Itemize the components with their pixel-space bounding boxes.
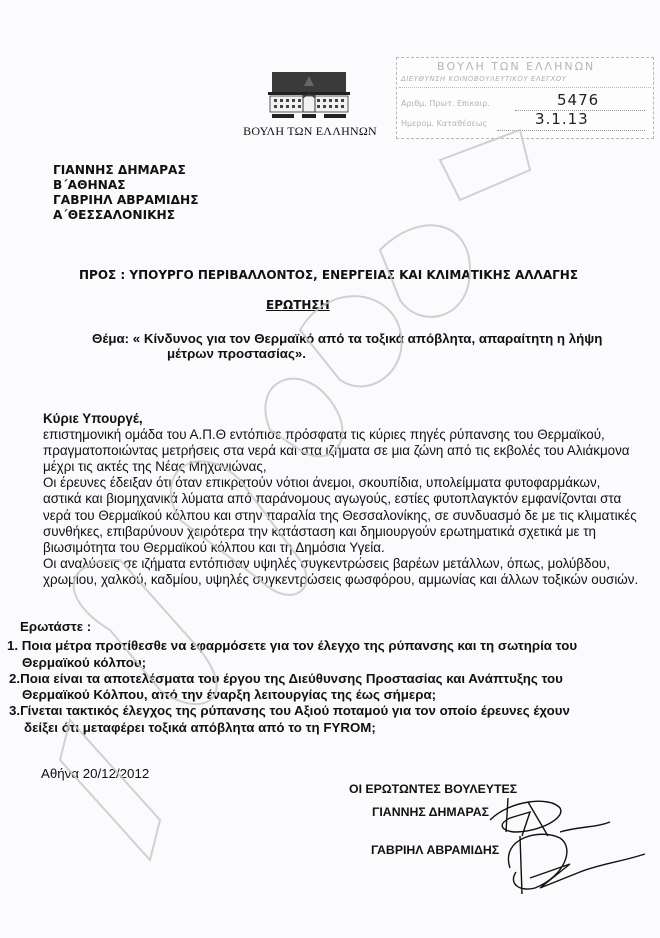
document-type-heading: ΕΡΩΤΗΣΗ xyxy=(266,298,330,312)
body-text: Κύριε Υπουργέ, επιστημονική ομάδα του Α.… xyxy=(43,411,643,588)
logo-caption: ΒΟΥΛΗ ΤΩΝ ΕΛΛΗΝΩΝ xyxy=(243,124,377,139)
question-3-line-2: δείξει ότι μεταφέρει τοξικά απόβλητα από… xyxy=(7,720,577,736)
body-line: χρωμίου, χαλκού, καδμίου, υψηλές συγκεντ… xyxy=(43,572,643,588)
questions-block: Ερωτάστε : 1. Ποια μέτρα προτίθεσθε να ε… xyxy=(7,619,577,736)
stamp-date-value: 3.1.13 xyxy=(535,110,589,128)
stamp-date-label: Ημερομ. Καταθέσεως xyxy=(401,119,487,128)
document-date: Αθήνα 20/12/2012 xyxy=(41,766,149,781)
signer-1-name: ΓΙΑΝΝΗΣ ΔΗΜΑΡΑΣ xyxy=(372,805,489,819)
signatures-heading: ΟΙ ΕΡΩΤΩΝΤΕΣ ΒΟΥΛΕΥΤΕΣ xyxy=(349,782,517,796)
questions-heading: Ερωτάστε : xyxy=(7,619,577,635)
body-line: επιστημονική ομάδα του Α.Π.Θ εντόπισε πρ… xyxy=(43,427,643,443)
subject-line-1: Θέμα: « Κίνδυνος για τον Θερμαϊκό από τα… xyxy=(92,331,602,346)
body-line: Οι αναλύσεις σε ιζήματα εντόπισαν υψηλές… xyxy=(43,556,643,572)
body-line: Οι έρευνες έδειξαν ότι όταν επικρατούν ν… xyxy=(43,475,643,491)
subject-line-2: μέτρων προστασίας». xyxy=(92,346,602,361)
sender-line: ΓΙΑΝΝΗΣ ΔΗΜΑΡΑΣ xyxy=(53,163,199,178)
body-line: μέχρι τις ακτές της Νέας Μηχανιώνας, xyxy=(43,459,643,475)
sender-line: ΓΑΒΡΙΗΛ ΑΒΡΑΜΙΔΗΣ xyxy=(53,193,199,208)
question-3-line-1: 3.Γίνεται τακτικός έλεγχος της ρύπανσης … xyxy=(7,703,577,719)
stamp-subtitle: ΔΙΕΥΘΥΝΣΗ ΚΟΙΝΟΒΟΥΛΕΥΤΙΚΟΥ ΕΛΕΓΧΟΥ xyxy=(401,75,567,83)
body-line: συνθήκες, επιβαρύνουν χειρότερα την κατά… xyxy=(43,524,643,540)
body-line: νερά του Θερμαϊκού κόλπου και στην παραλ… xyxy=(43,508,643,524)
senders-block: ΓΙΑΝΝΗΣ ΔΗΜΑΡΑΣ Β΄ΑΘΗΝΑΣ ΓΑΒΡΙΗΛ ΑΒΡΑΜΙΔ… xyxy=(53,163,199,223)
question-1-line-1: 1. Ποια μέτρα προτίθεσθε να εφαρμόσετε γ… xyxy=(7,638,577,654)
signature-1-icon xyxy=(470,790,640,850)
body-line: πραγματοποιώντας μετρήσεις στα νερά και … xyxy=(43,443,643,459)
signature-2-icon xyxy=(480,828,650,898)
parliament-building-icon xyxy=(268,72,350,120)
recipient-line: ΠΡΟΣ : ΥΠΟΥΡΓΟ ΠΕΡΙΒΑΛΛΟΝΤΟΣ, ΕΝΕΡΓΕΙΑΣ … xyxy=(79,268,578,282)
question-1-line-2: Θερμαϊκού κόλπου; xyxy=(7,655,577,671)
question-2-line-1: 2.Ποια είναι τα αποτελέσματα του έργου τ… xyxy=(7,671,577,687)
stamp-title: ΒΟΥΛΗ ΤΩΝ ΕΛΛΗΝΩΝ xyxy=(437,60,595,73)
greeting: Κύριε Υπουργέ, xyxy=(43,411,643,427)
sender-line: Β΄ΑΘΗΝΑΣ xyxy=(53,178,199,193)
body-line: βιωσιμότητα του Θερμαϊκού κόλπου και τη … xyxy=(43,540,643,556)
body-line: αστικά και βιομηχανικά λύματα από παράνο… xyxy=(43,491,643,507)
subject-block: Θέμα: « Κίνδυνος για τον Θερμαϊκό από τα… xyxy=(92,331,602,361)
stamp-protocol-label: Αριθμ. Πρωτ. Επικαιρ. xyxy=(401,99,490,108)
signer-2-name: ΓΑΒΡΙΗΛ ΑΒΡΑΜΙΔΗΣ xyxy=(371,843,499,857)
sender-line: Α΄ΘΕΣΣΑΛΟΝΙΚΗΣ xyxy=(53,208,199,223)
stamp-protocol-value: 5476 xyxy=(557,91,599,109)
question-2-line-2: Θερμαϊκού Κόλπου, από την έναρξη λειτουρ… xyxy=(7,687,577,703)
registration-stamp: ΒΟΥΛΗ ΤΩΝ ΕΛΛΗΝΩΝ ΔΙΕΥΘΥΝΣΗ ΚΟΙΝΟΒΟΥΛΕΥΤ… xyxy=(396,57,654,139)
